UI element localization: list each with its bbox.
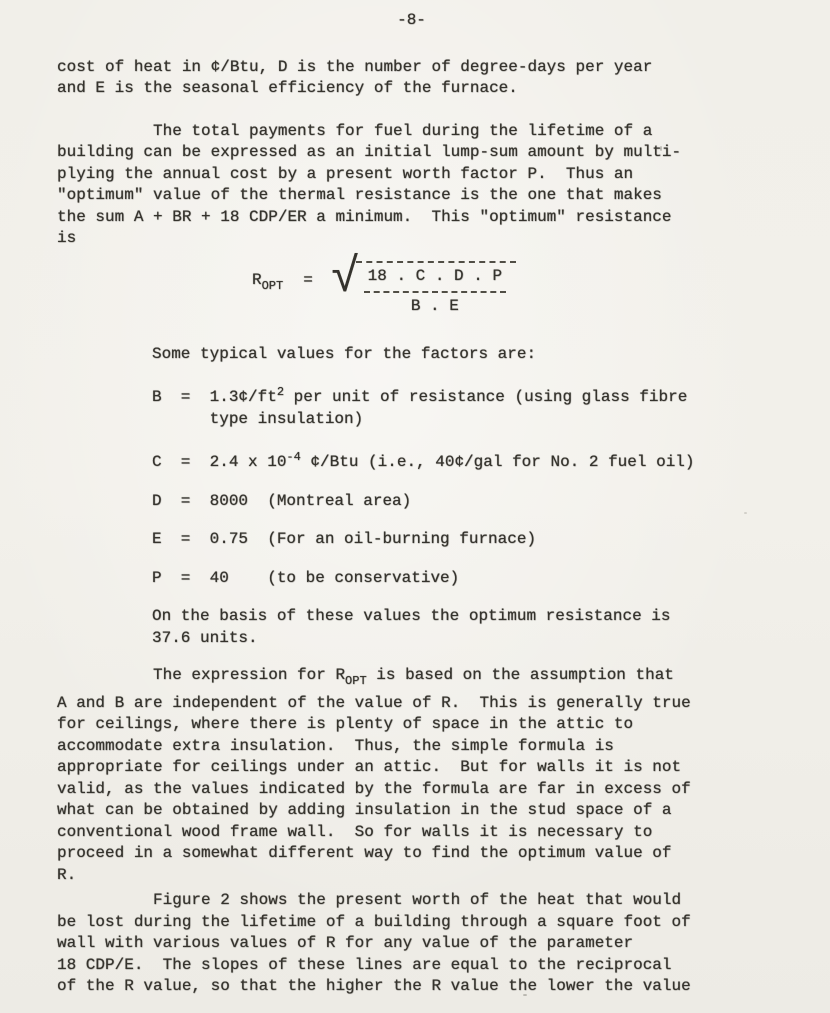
factors-section: Some typical values for the factors are:… [152,344,790,650]
formula-denominator: B . E [364,293,506,318]
factor-c: C = 2.4 x 10-4 ¢/Btu (i.e., 40¢/gal for … [152,447,790,474]
factor-d: D = 8000 (Montreal area) [152,491,790,513]
scanned-document-page: -8- cost of heat in ¢/Btu, D is the numb… [0,0,830,1013]
paragraph-ropt-text-cont: is based on the assumption that A and B … [57,666,691,884]
scan-speck [523,994,527,996]
page-number: -8- [45,10,778,32]
factor-e: E = 0.75 (For an oil-burning furnace) [152,529,790,551]
factor-c-text: C = 2.4 x 10 [152,453,286,471]
paragraph-cost-of-heat: cost of heat in ¢/Btu, D is the number o… [57,57,790,100]
paragraph-total-payments: The total payments for fuel during the l… [57,121,790,250]
factor-b-text: B = 1.3¢/ft [152,388,277,406]
factors-intro: Some typical values for the factors are: [152,344,790,366]
scan-speck [744,512,747,514]
factors-conclusion: On the basis of these values the optimum… [152,606,790,649]
formula-lhs-symbol: R [252,271,262,289]
factor-b: B = 1.3¢/ft2 per unit of resistance (usi… [152,382,790,430]
paragraph-ropt-assumption: The expression for ROPT is based on the … [57,665,790,886]
formula-fraction: 18 . C . D . P B . E [356,261,516,318]
formula-equals-sign: = [303,270,313,292]
formula-lhs-subscript: OPT [262,279,284,293]
factor-b-superscript: 2 [277,385,284,399]
ropt-subscript: OPT [345,674,367,688]
formula-numerator: 18 . C . D . P [364,266,506,294]
factor-c-superscript: -4 [286,450,300,464]
factor-p: P = 40 (to be conservative) [152,568,790,590]
formula-ropt: ROPT = √ 18 . C . D . P B . E [252,259,790,318]
paragraph-figure2: Figure 2 shows the present worth of the … [57,890,790,998]
formula-lhs: ROPT [252,270,283,298]
scan-speck [660,146,662,151]
paragraph-ropt-text: The expression for R [57,666,345,684]
factor-c-text-cont: ¢/Btu (i.e., 40¢/gal for No. 2 fuel oil) [301,453,695,471]
